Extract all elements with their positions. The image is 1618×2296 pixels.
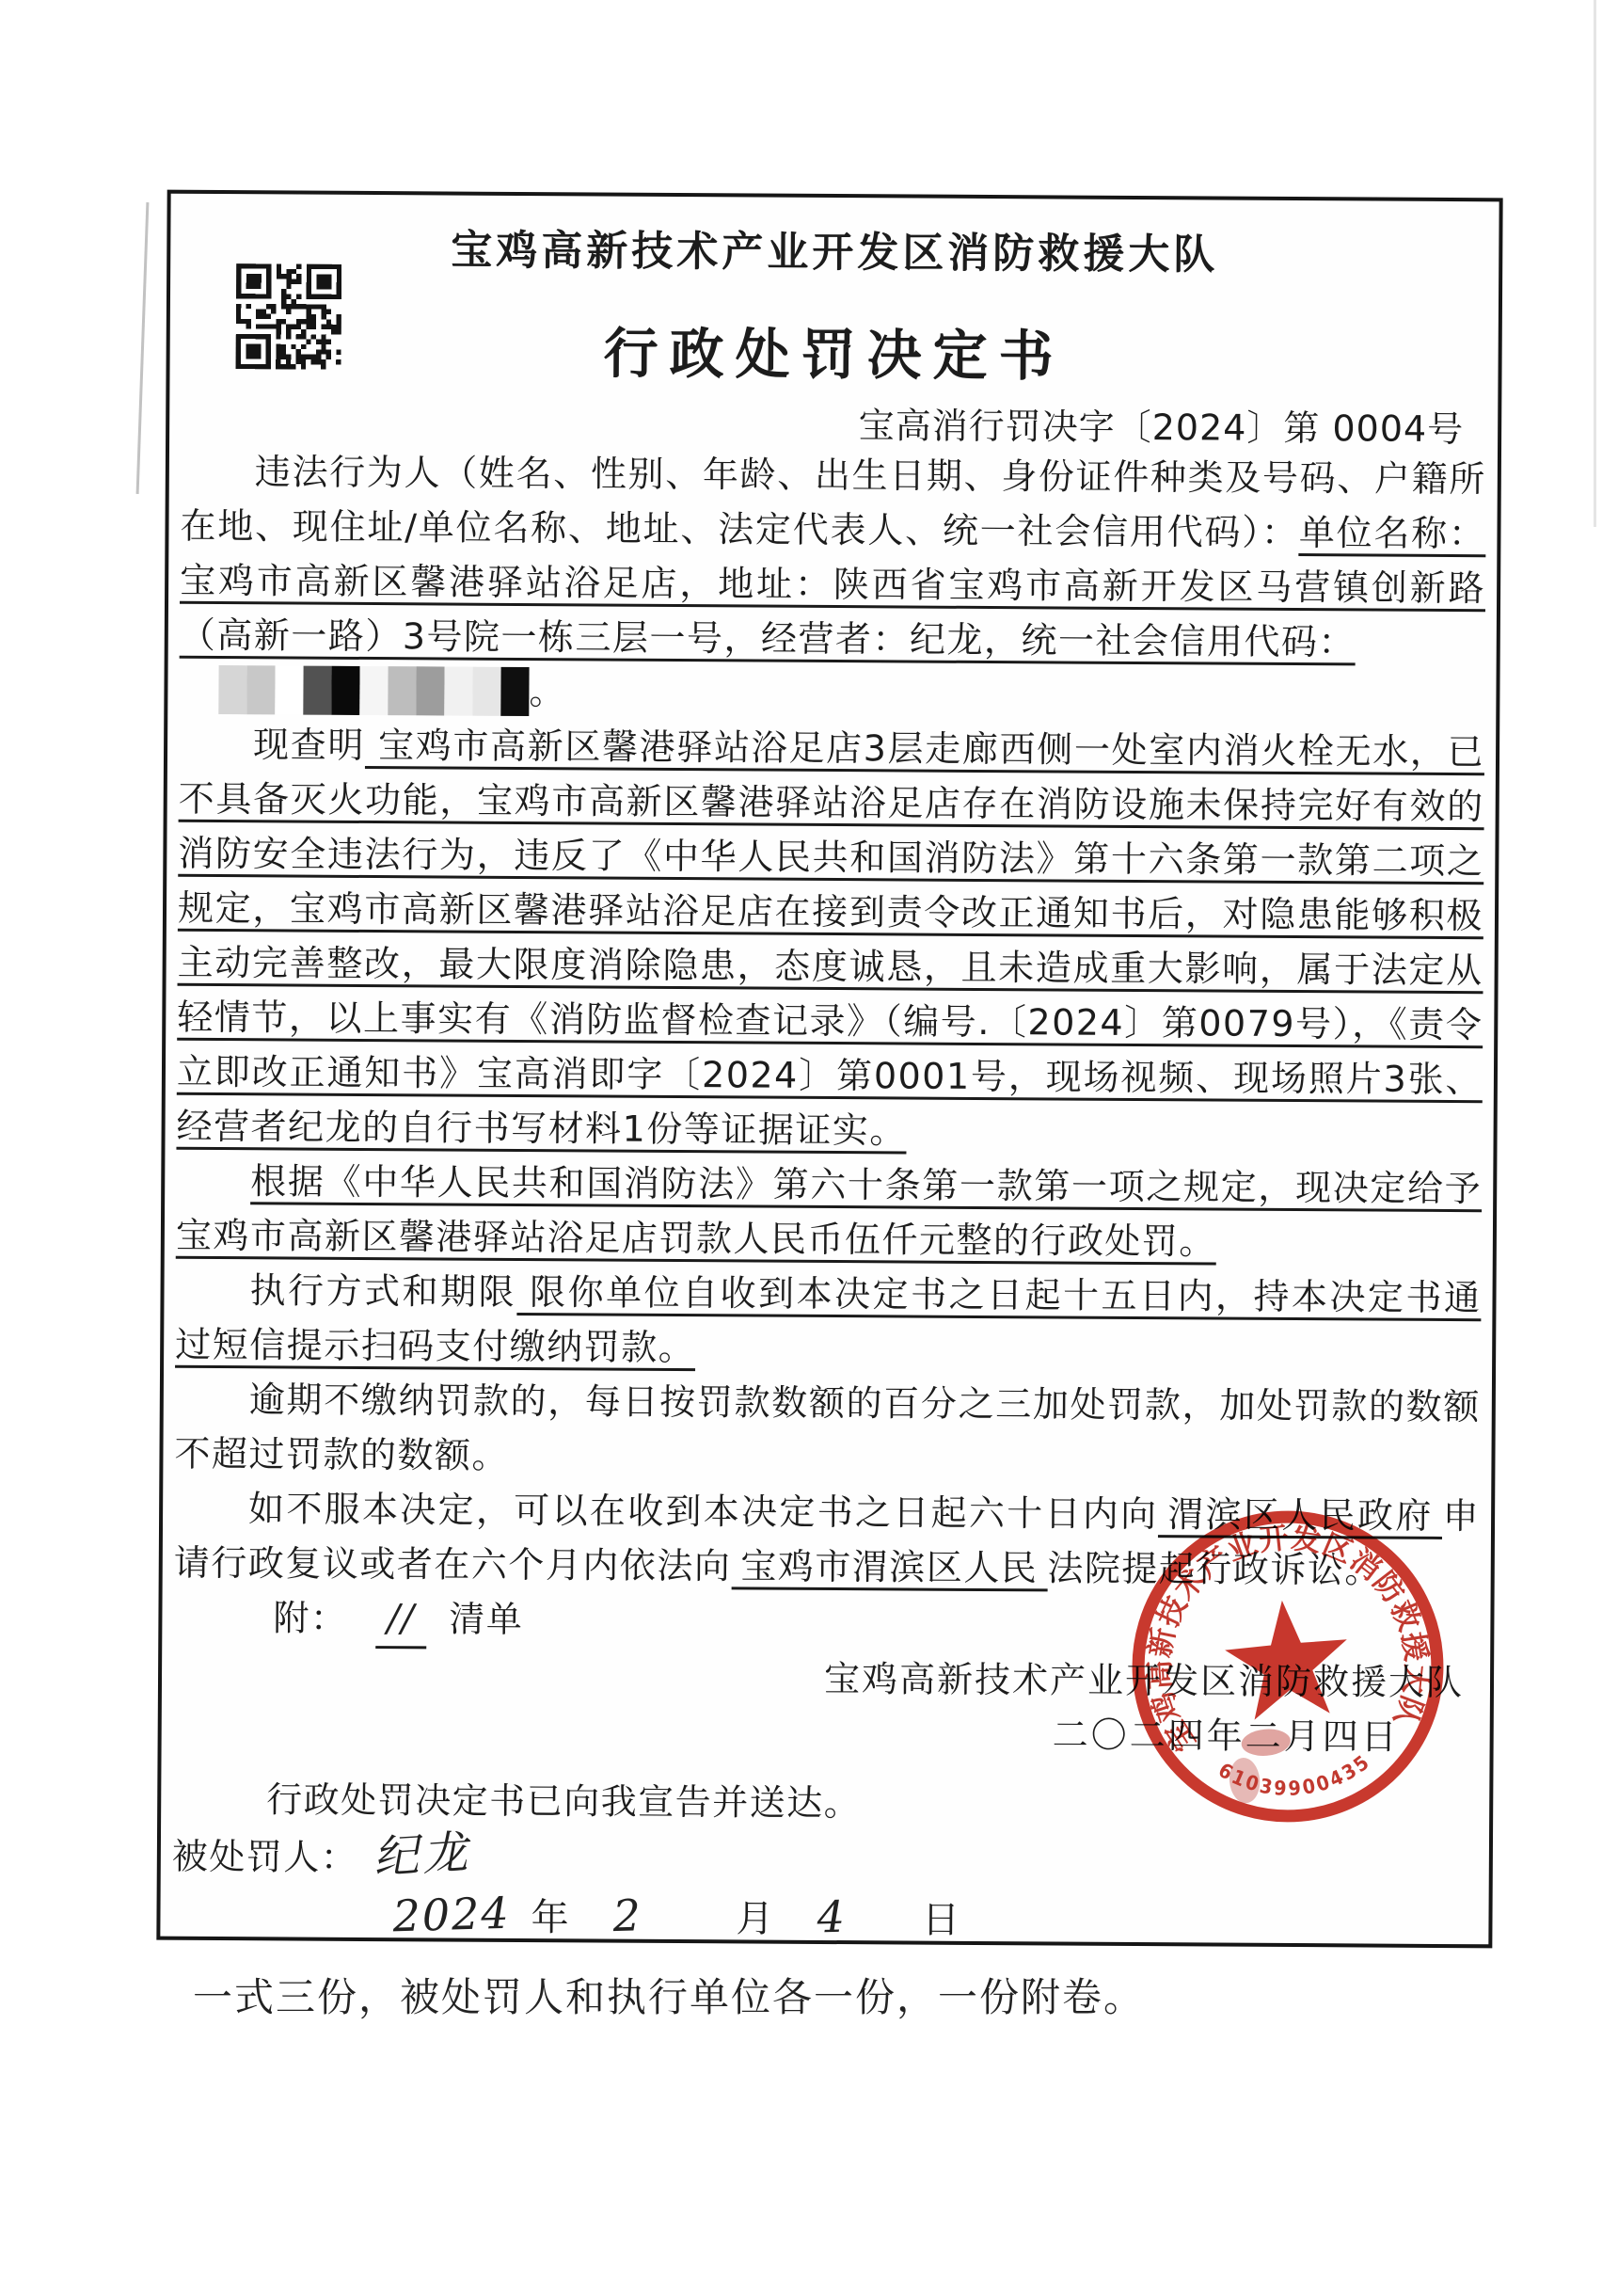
handwritten-day: 4	[817, 1889, 848, 1945]
handwritten-month: 2	[611, 1888, 642, 1943]
attachment-label: 附：	[273, 1597, 347, 1638]
official-seal: 宝鸡高新技术产业开发区消防救援大队 61039900435	[1103, 1482, 1472, 1851]
findings-label: 现查明	[253, 724, 365, 766]
execution-label: 执行方式和期限	[249, 1269, 516, 1313]
scanned-document-page: 宝鸡高新技术产业开发区消防救援大队 行政处罚决定书 宝高消行罚决字〔2024〕第…	[0, 0, 1618, 2296]
attachment-blank: //	[375, 1591, 426, 1649]
paragraph-penalty-decision: 根据《中华人民共和国消防法》第六十条第一款第一项之规定，现决定给予宝鸡市高新区馨…	[176, 1154, 1483, 1270]
appeal-court: 宝鸡市渭滨区人民	[731, 1545, 1047, 1591]
redacted-credit-code	[218, 665, 529, 716]
appeal-lead: 如不服本决定，可以在收到本决定书之日起六十日内向	[248, 1488, 1159, 1535]
period-mark: 。	[529, 664, 566, 719]
scan-artifact-line	[136, 202, 150, 494]
handwritten-year: 2024	[392, 1886, 512, 1944]
day-unit: 日	[922, 1899, 961, 1942]
violator-label: 违法行为人（姓名、性别、年龄、出生日期、身份证件种类及号码、户籍所在地、现住址/…	[180, 451, 1486, 553]
footer-copies-note: 一式三份，被处罚人和执行单位各一份，一份附卷。	[193, 1967, 1145, 2023]
paragraph-execution: 执行方式和期限限你单位自收到本决定书之日起十五日内，持本决定书通过短信提示扫码支…	[175, 1263, 1482, 1379]
findings-filled-text: 宝鸡市高新区馨港驿站浴足店3层走廊西侧一处室内消火栓无水，已不具备灭火功能，宝鸡…	[176, 725, 1484, 1155]
qr-code-icon	[236, 263, 342, 370]
doc-number: 宝高消行罚决字〔2024〕第 0004号	[181, 399, 1486, 452]
penalty-decision-text: 根据《中华人民共和国消防法》第六十条第一款第一项之规定，现决定给予宝鸡市高新区馨…	[176, 1160, 1483, 1265]
red-star-icon	[1221, 1595, 1353, 1722]
recipient-label: 被处罚人：	[172, 1836, 358, 1878]
paragraph-violator-info: 违法行为人（姓名、性别、年龄、出生日期、身份证件种类及号码、户籍所在地、现住址/…	[180, 444, 1486, 670]
redacted-line: 。	[179, 662, 1484, 725]
year-unit: 年	[531, 1896, 570, 1939]
handwritten-date-line: 2024年2月4日	[392, 1887, 1477, 1951]
paragraph-findings: 现查明宝鸡市高新区馨港驿站浴足店3层走廊西侧一处室内消火栓无水，已不具备灭火功能…	[176, 717, 1484, 1161]
month-unit: 月	[736, 1897, 775, 1940]
attachment-tail: 清单	[449, 1599, 523, 1640]
paragraph-late-penalty: 逾期不缴纳罚款的，每日按罚款数额的百分之三加处罚款，加处罚款的数额不超过罚款的数…	[174, 1372, 1481, 1489]
page-title: 行政处罚决定书	[181, 316, 1486, 393]
recipient-handwritten-signature: 纪龙	[372, 1825, 472, 1886]
scan-artifact-line	[1594, 0, 1596, 527]
agency-header: 宝鸡高新技术产业开发区消防救援大队	[182, 224, 1487, 282]
